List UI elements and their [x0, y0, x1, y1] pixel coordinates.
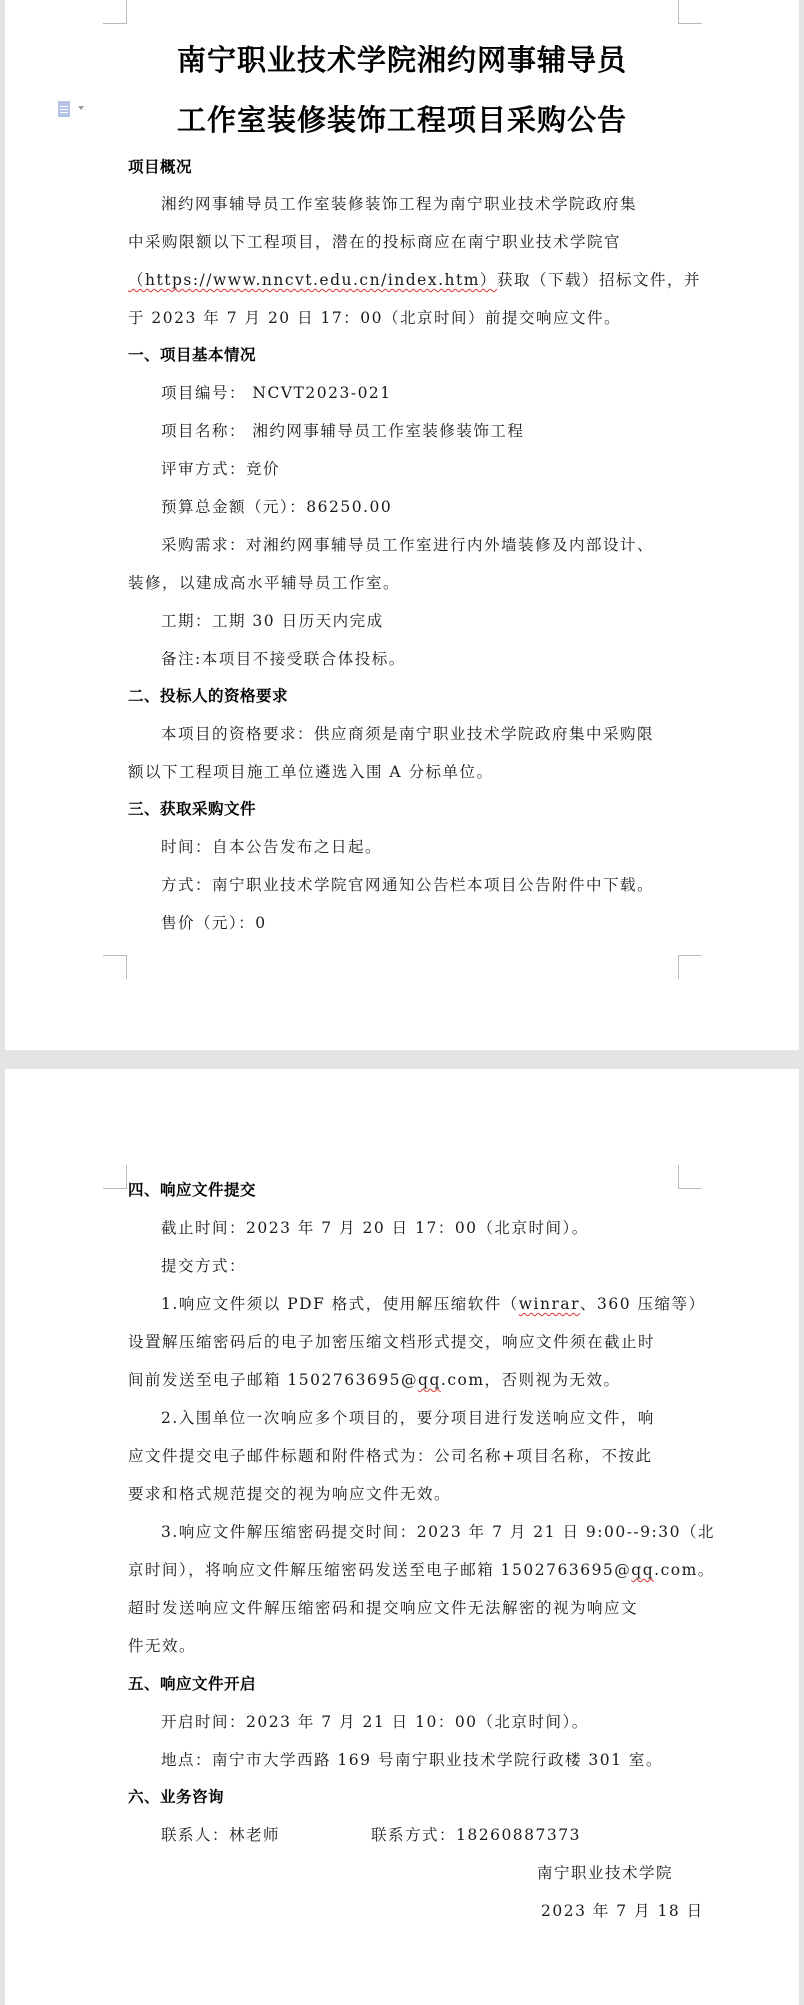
item-3-line: 京时间），将响应文件解压缩密码发送至电子邮箱 1502763695@qq.com… — [128, 1558, 715, 1580]
paragraph-line: （https://www.nncvt.edu.cn/index.htm）获取（下… — [128, 268, 701, 290]
submit-method-label: 提交方式： — [161, 1254, 246, 1276]
procurement-demand-cont: 装修，以建成高水平辅导员工作室。 — [128, 571, 400, 593]
opening-time: 开启时间：2023 年 7 月 21 日 10：00（北京时间）。 — [161, 1710, 589, 1732]
document-title-line-2: 工作室装修装饰工程项目采购公告 — [5, 98, 799, 139]
item-1-line: 间前发送至电子邮箱 1502763695@qq.com，否则视为无效。 — [128, 1368, 621, 1390]
signature-date: 2023 年 7 月 18 日 — [541, 1899, 704, 1921]
item-3-line: 3.响应文件解压缩密码提交时间：2023 年 7 月 21 日 9:00--9:… — [161, 1520, 715, 1542]
item-2-line: 应文件提交电子邮件标题和附件格式为：公司名称+项目名称，不按此 — [128, 1444, 653, 1466]
contact-person: 联系人：林老师 — [161, 1823, 280, 1845]
margin-corner-mark — [103, 955, 127, 979]
item-1-line: 1.响应文件须以 PDF 格式，使用解压缩软件（winrar、360 压缩等） — [161, 1292, 706, 1314]
qualification-line: 本项目的资格要求：供应商须是南宁职业技术学院政府集中采购限 — [161, 722, 654, 744]
margin-corner-mark — [678, 0, 702, 24]
section-heading-overview: 项目概况 — [128, 155, 192, 177]
qualification-line: 额以下工程项目施工单位遴选入围 A 分标单位。 — [128, 760, 494, 782]
section-heading-3: 三、获取采购文件 — [128, 797, 256, 819]
document-title-line-1: 南宁职业技术学院湘约网事辅导员 — [5, 38, 799, 79]
section-heading-4: 四、响应文件提交 — [128, 1178, 256, 1200]
website-link[interactable]: （https://www.nncvt.edu.cn/index.htm） — [128, 271, 497, 289]
paragraph-line: 于 2023 年 7 月 20 日 17：00（北京时间）前提交响应文件。 — [128, 306, 621, 328]
item-3-line: 件无效。 — [128, 1634, 196, 1656]
paragraph-line: 中采购限额以下工程项目，潜在的投标商应在南宁职业技术学院官 — [128, 230, 621, 252]
item-2-line: 2.入围单位一次响应多个项目的，要分项目进行发送响应文件，响 — [161, 1406, 655, 1428]
document-page-1: 南宁职业技术学院湘约网事辅导员 工作室装修装饰工程项目采购公告 项目概况 湘约网… — [5, 0, 799, 1050]
opening-location: 地点：南宁市大学西路 169 号南宁职业技术学院行政楼 301 室。 — [161, 1748, 663, 1770]
project-number: 项目编号： NCVT2023-021 — [161, 381, 392, 403]
sale-price: 售价（元）：0 — [161, 911, 267, 933]
project-name: 项目名称： 湘约网事辅导员工作室装修装饰工程 — [161, 419, 524, 441]
section-heading-1: 一、项目基本情况 — [128, 343, 256, 365]
item-2-line: 要求和格式规范提交的视为响应文件无效。 — [128, 1482, 451, 1504]
paragraph-line: 湘约网事辅导员工作室装修装饰工程为南宁职业技术学院政府集 — [161, 192, 637, 214]
budget-amount: 预算总金额（元）：86250.00 — [161, 495, 392, 517]
signature-org: 南宁职业技术学院 — [537, 1861, 673, 1883]
section-heading-6: 六、业务咨询 — [128, 1785, 224, 1807]
procurement-demand: 采购需求：对湘约网事辅导员工作室进行内外墙装修及内部设计、 — [161, 533, 654, 555]
acquisition-time: 时间：自本公告发布之日起。 — [161, 835, 382, 857]
item-3-line: 超时发送响应文件解压缩密码和提交响应文件无法解密的视为响应文 — [128, 1596, 638, 1618]
construction-period: 工期：工期 30 日历天内完成 — [161, 609, 384, 631]
review-method: 评审方式：竞价 — [161, 457, 280, 479]
margin-corner-mark — [678, 1165, 702, 1189]
remark: 备注:本项目不接受联合体投标。 — [161, 647, 406, 669]
margin-corner-mark — [678, 955, 702, 979]
margin-corner-mark — [103, 0, 127, 24]
section-heading-2: 二、投标人的资格要求 — [128, 684, 288, 706]
item-1-line: 设置解压缩密码后的电子加密压缩文档形式提交，响应文件须在截止时 — [128, 1330, 655, 1352]
acquisition-method: 方式：南宁职业技术学院官网通知公告栏本项目公告附件中下载。 — [161, 873, 654, 895]
section-heading-5: 五、响应文件开启 — [128, 1672, 256, 1694]
deadline: 截止时间：2023 年 7 月 20 日 17：00（北京时间）。 — [161, 1216, 589, 1238]
contact-phone: 联系方式：18260887373 — [371, 1823, 581, 1845]
margin-corner-mark — [103, 1165, 127, 1189]
document-page-2: 四、响应文件提交 截止时间：2023 年 7 月 20 日 17：00（北京时间… — [5, 1069, 799, 2005]
